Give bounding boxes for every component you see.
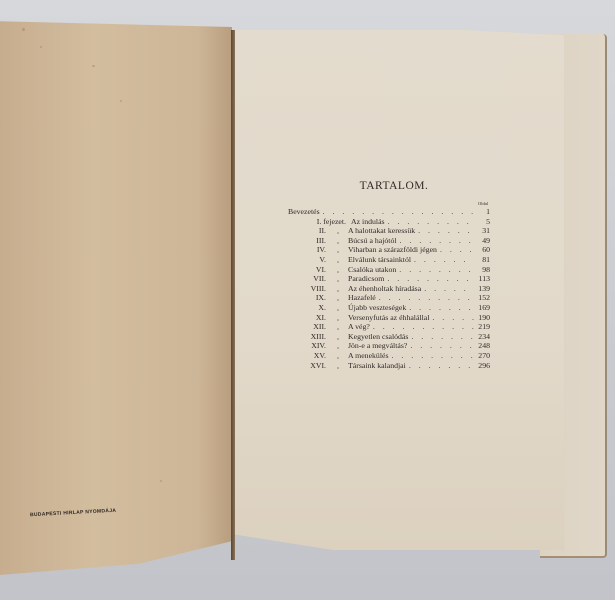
toc-entry-number: VIII. [288,284,328,294]
toc-entry: III.„Búcsú a hajótól. . . . . . . . . . … [288,236,490,246]
toc-entry-number: VI. [288,265,328,275]
toc-entry-page: 152 [474,293,490,303]
toc-entry-page: 190 [474,313,490,323]
leader-dots: . . . . . . . . . . . . . . . . [415,226,474,236]
toc-entry-title: A vég? [348,322,370,332]
book-gutter [231,30,235,560]
ditto-mark: „ [328,295,348,305]
ditto-mark: „ [328,286,348,296]
leader-dots: . . . . . . . . . . . . . . . [385,217,474,227]
toc-entry: II.„A halottakat keressük. . . . . . . .… [288,226,490,236]
toc-entry-number: IV. [288,245,328,255]
toc-entry-page: 81 [474,255,490,265]
leader-dots: . . . . . . . . . . . . . . . . [389,351,475,361]
toc-entry-page: 296 [474,361,490,371]
toc-entry: VIII.„Az éhenholtak híradása. . . . . . … [288,284,490,294]
leader-dots: . . . . . . . . . . . . . . . . [411,255,474,265]
ditto-mark: „ [328,343,348,353]
toc-entry-title: Társaink kalandjai [348,361,406,371]
toc-entry: X.„Újabb veszteségek. . . . . . . . . . … [288,303,490,313]
toc-entry-number: XII. [288,322,328,332]
leader-dots: . . . . . . . . . . . . . . . . [437,245,474,255]
toc-entry: I. fejezet.Az indulás. . . . . . . . . .… [288,217,490,227]
toc-entry: XIII.„Kegyetlen csalódás. . . . . . . . … [288,332,490,342]
toc-entry: XV.„A menekülés. . . . . . . . . . . . .… [288,351,490,361]
toc-entry-page: 219 [474,322,490,332]
toc-entry-title: Elválunk társainktól [348,255,411,265]
toc-entry: IX.„Hazafelé. . . . . . . . . . . . . . … [288,293,490,303]
toc-entry-title: Hazafelé [348,293,376,303]
ditto-mark: „ [328,257,348,267]
toc-entry-page: 139 [474,284,490,294]
toc-entry-number: XIV. [288,341,328,351]
toc-entry-page: 1 [474,207,490,217]
toc-entry-number: VII. [288,274,328,284]
ditto-mark: „ [328,238,348,248]
toc-entry-title: Csalóka utakon [348,265,396,275]
toc-entry-number: IX. [288,293,328,303]
leader-dots: . . . . . . . . . . . . . . . . . . . . … [320,207,474,217]
toc-entry-title: Az éhenholtak híradása [348,284,421,294]
ditto-mark: „ [328,276,348,286]
toc-entry-page: 248 [474,341,490,351]
toc-entry-page: 234 [474,332,490,342]
toc-entry-number: V. [288,255,328,265]
toc-entry-number: XIII. [288,332,328,342]
leader-dots: . . . . . . . . . . . . . . . . [397,236,474,246]
leader-dots: . . . . . . . . . . . . . . . . [376,293,474,303]
table-of-contents: TARTALOM. Oldal Bevezetés. . . . . . . .… [288,180,490,370]
toc-entry-title: Viharban a szárazföldi jégen [348,245,437,255]
toc-entry-number: XI. [288,313,328,323]
toc-entry-title: Újabb veszteségek [348,303,406,313]
leader-dots: . . . . . . . . . . . . . . . . [406,303,474,313]
toc-entry: VII.„Paradicsom. . . . . . . . . . . . .… [288,274,490,284]
toc-entry-title: Jön-e a megváltás? [348,341,407,351]
toc-entry: XIV.„Jön-e a megváltás?. . . . . . . . .… [288,341,490,351]
leader-dots: . . . . . . . . . . . . . . . . [429,313,474,323]
left-page [0,10,232,575]
toc-entry-title: Bevezetés [288,207,320,217]
toc-entry-page: 98 [474,265,490,275]
toc-entry-number: XVI. [288,361,328,371]
ditto-mark: „ [328,324,348,334]
toc-list: Bevezetés. . . . . . . . . . . . . . . .… [288,207,490,370]
leader-dots: . . . . . . . . . . . . . . . . [421,284,474,294]
toc-title: TARTALOM. [298,180,490,192]
ditto-mark: „ [328,305,348,315]
toc-entry-number: X. [288,303,328,313]
toc-entry-title: Búcsú a hajótól [348,236,397,246]
toc-entry: V.„Elválunk társainktól. . . . . . . . .… [288,255,490,265]
toc-entry-number: XV. [288,351,328,361]
ditto-mark: „ [328,315,348,325]
toc-entry: XI.„Versenyfutás az éhhalállal. . . . . … [288,313,490,323]
leader-dots: . . . . . . . . . . . . . . . . [370,322,474,332]
ditto-mark: „ [328,228,348,238]
ditto-mark: „ [328,334,348,344]
page-column-label: Oldal [288,201,490,206]
ditto-mark: „ [328,353,348,363]
ditto-mark: „ [328,363,348,373]
toc-entry-number: III. [288,236,328,246]
toc-entry-page: 270 [474,351,490,361]
toc-entry: VI.„Csalóka utakon. . . . . . . . . . . … [288,265,490,275]
leader-dots: . . . . . . . . . . . . . . . . [396,265,474,275]
toc-entry-page: 113 [474,274,490,284]
leader-dots: . . . . . . . . . . . . . . . . [408,332,474,342]
toc-entry-page: 5 [474,217,490,227]
toc-entry-page: 31 [474,226,490,236]
toc-entry-page: 169 [474,303,490,313]
toc-entry-number: I. fejezet. [288,217,348,227]
leader-dots: . . . . . . . . . . . . . . . . [384,274,474,284]
toc-entry: IV.„Viharban a szárazföldi jégen. . . . … [288,245,490,255]
foxing-spots [0,10,232,575]
toc-entry-page: 60 [474,245,490,255]
toc-entry-title: Az indulás [348,217,385,227]
leader-dots: . . . . . . . . . . . . . . . . [406,361,474,371]
toc-entry-title: Versenyfutás az éhhalállal [348,313,429,323]
toc-entry: XVI.„Társaink kalandjai. . . . . . . . .… [288,361,490,371]
toc-entry-title: Kegyetlen csalódás [348,332,408,342]
toc-entry: XII.„A vég?. . . . . . . . . . . . . . .… [288,322,490,332]
toc-entry-number: II. [288,226,328,236]
toc-entry: Bevezetés. . . . . . . . . . . . . . . .… [288,207,490,217]
leader-dots: . . . . . . . . . . . . . . . . [407,341,474,351]
toc-entry-title: A menekülés [348,351,389,361]
toc-entry-title: A halottakat keressük [348,226,415,236]
ditto-mark: „ [328,247,348,257]
toc-entry-page: 49 [474,236,490,246]
ditto-mark: „ [328,267,348,277]
toc-entry-title: Paradicsom [348,274,384,284]
